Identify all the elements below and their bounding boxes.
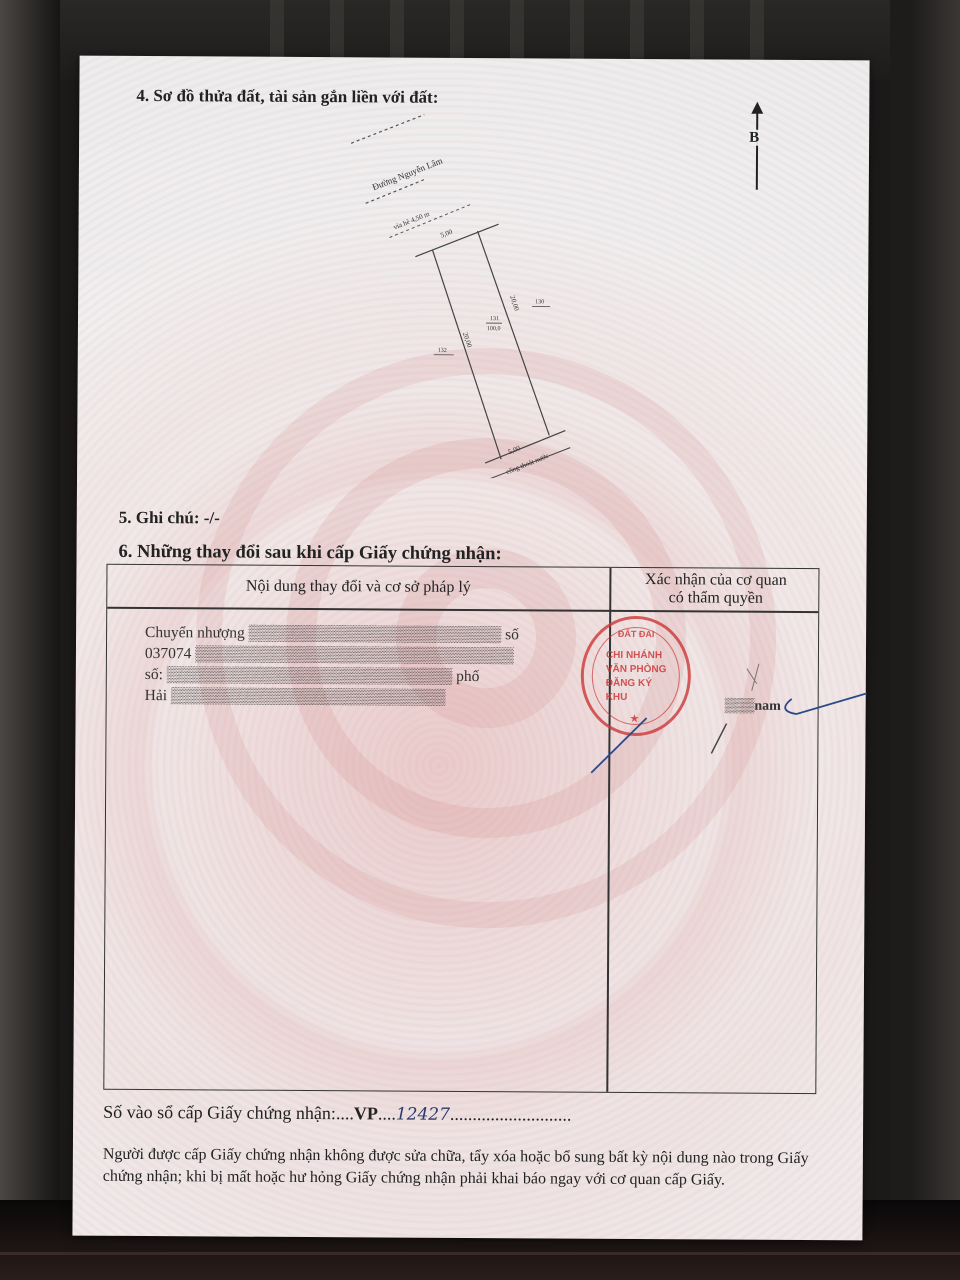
- change-entry-line: 037074 ▒▒▒▒▒▒▒▒▒▒▒▒▒▒▒▒▒▒▒▒▒▒▒▒▒▒▒▒▒: [145, 643, 605, 667]
- background-slat: [510, 0, 524, 64]
- change-entry-line: Hải ▒▒▒▒▒▒▒▒▒▒▒▒▒▒▒▒▒▒▒▒▒▒▒▒▒: [145, 685, 605, 709]
- background-furniture-left: [0, 0, 60, 1280]
- registration-prefix: VP: [354, 1103, 378, 1123]
- north-arrow-shaft: [756, 112, 758, 190]
- parcel-right-side: [476, 231, 550, 435]
- legal-notice: Người được cấp Giấy chứng nhận không đượ…: [103, 1144, 843, 1193]
- north-label: B: [749, 130, 759, 146]
- column-header-confirmation-line1: Xác nhận của cơ quan: [611, 571, 820, 590]
- signer-name: ▒▒▒nam: [725, 699, 781, 715]
- signature-ink-stroke: [591, 718, 646, 773]
- column-header-confirmation-line2: có thẩm quyền: [611, 589, 820, 608]
- parcel-area: 100,0: [487, 326, 501, 332]
- change-entry-line: Chuyển nhượng ▒▒▒▒▒▒▒▒▒▒▒▒▒▒▒▒▒▒▒▒▒▒▒ số: [145, 622, 605, 646]
- changes-table: Nội dung thay đổi và cơ sở pháp lý Xác n…: [103, 564, 819, 1094]
- background-slat: [690, 0, 704, 64]
- section-5-heading: 5. Ghi chú: -/-: [119, 508, 220, 529]
- background-furniture-right: [890, 0, 960, 1280]
- drain-label: cống thoát nước: [505, 452, 550, 476]
- background-slat: [390, 0, 404, 64]
- registration-number: 12427: [396, 1105, 450, 1125]
- background-slat: [570, 0, 584, 64]
- background-slat: [270, 0, 284, 64]
- signature-ink-curve: [785, 693, 867, 714]
- background-slat: [330, 0, 344, 64]
- left-length-label: 20,00: [461, 331, 474, 349]
- registration-label: Số vào sổ cấp Giấy chứng nhận:: [103, 1102, 336, 1123]
- parcel-front-line: [415, 224, 498, 258]
- neighbor-parcel-right: 130: [535, 299, 544, 305]
- road-edge-top: [351, 114, 424, 143]
- neighbor-parcel-left: 132: [438, 348, 447, 354]
- registration-number-line: Số vào sổ cấp Giấy chứng nhận:....VP....…: [103, 1102, 571, 1126]
- background-slat: [750, 0, 764, 64]
- signature-faded-mark: [747, 664, 759, 691]
- section-6-heading: 6. Những thay đổi sau khi cấp Giấy chứng…: [119, 542, 502, 565]
- background-slat: [630, 0, 644, 64]
- change-entry-line: số: ▒▒▒▒▒▒▒▒▒▒▒▒▒▒▒▒▒▒▒▒▒▒▒▒▒▒ phố: [145, 664, 605, 688]
- column-header-content: Nội dung thay đổi và cơ sở pháp lý: [107, 577, 609, 598]
- land-certificate-page: 4. Sơ đồ thửa đất, tài sản gắn liền với …: [72, 56, 869, 1241]
- background-slat: [450, 0, 464, 64]
- north-arrow-icon: B: [747, 102, 768, 192]
- rear-width-label: 5,00: [507, 444, 522, 456]
- signature-pen-stroke: [711, 723, 726, 753]
- column-header-confirmation: Xác nhận của cơ quan có thẩm quyền: [611, 571, 820, 608]
- front-width-label: 5,00: [439, 228, 454, 240]
- table-header-divider: [107, 607, 818, 613]
- right-length-label: 20,00: [508, 294, 521, 312]
- parcel-number: 131: [490, 316, 499, 322]
- change-entry: Chuyển nhượng ▒▒▒▒▒▒▒▒▒▒▒▒▒▒▒▒▒▒▒▒▒▒▒ số…: [145, 622, 606, 709]
